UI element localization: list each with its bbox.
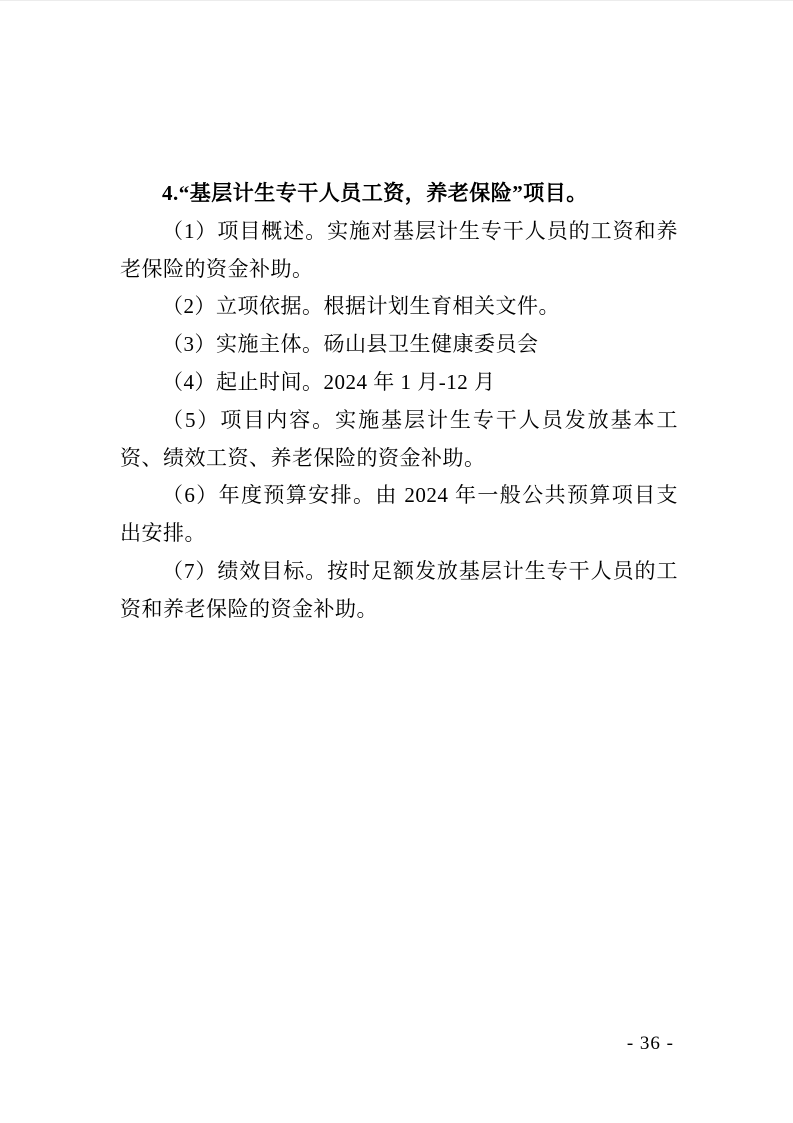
paragraph: （2）立项依据。根据计划生育相关文件。 <box>120 288 678 326</box>
paragraph: （4）起止时间。2024 年 1 月-12 月 <box>120 364 678 402</box>
paragraph-list: （1）项目概述。实施对基层计生专干人员的工资和养老保险的资金补助。 （2）立项依… <box>120 213 678 629</box>
page-number: - 36 - <box>627 1032 674 1056</box>
paragraph: （1）项目概述。实施对基层计生专干人员的工资和养老保险的资金补助。 <box>120 213 678 289</box>
paragraph: （5）项目内容。实施基层计生专干人员发放基本工资、绩效工资、养老保险的资金补助。 <box>120 402 678 478</box>
section-heading: 4.“基层计生专干人员工资，养老保险”项目。 <box>120 175 678 213</box>
document-page: 4.“基层计生专干人员工资，养老保险”项目。 （1）项目概述。实施对基层计生专干… <box>0 0 793 1123</box>
section-body: 4.“基层计生专干人员工资，养老保险”项目。 （1）项目概述。实施对基层计生专干… <box>120 175 678 629</box>
paragraph: （3）实施主体。砀山县卫生健康委员会 <box>120 326 678 364</box>
paragraph: （6）年度预算安排。由 2024 年一般公共预算项目支出安排。 <box>120 477 678 553</box>
paragraph: （7）绩效目标。按时足额发放基层计生专干人员的工资和养老保险的资金补助。 <box>120 553 678 629</box>
